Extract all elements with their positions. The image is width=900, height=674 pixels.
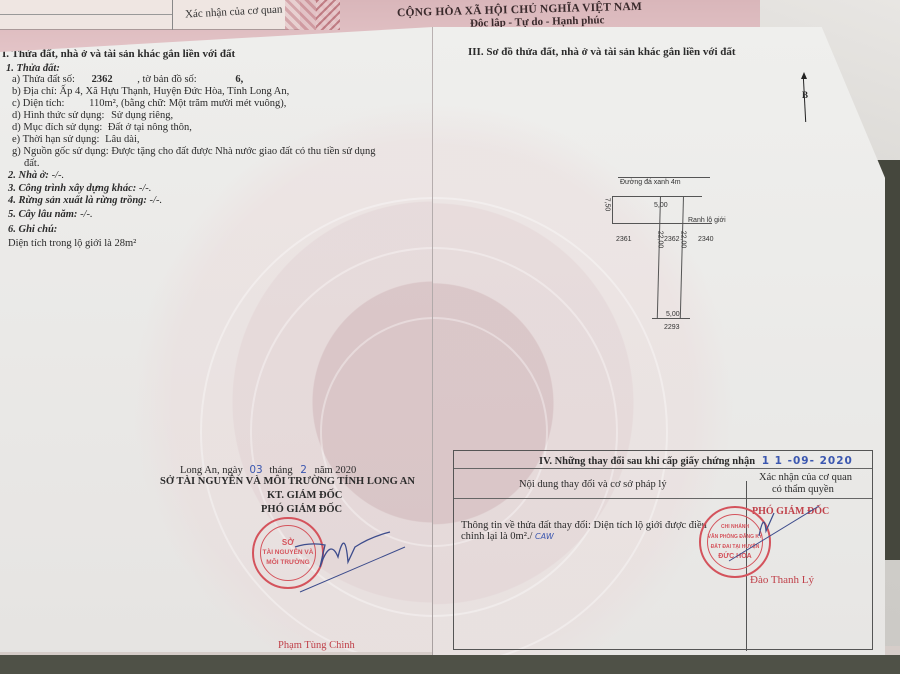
purpose-row: d) Mục đích sử dụng: Đất ở tại nông thôn…	[12, 122, 192, 134]
use-form-value: Sử dụng riêng,	[111, 110, 173, 121]
other-construction-value: -/-.	[139, 183, 152, 194]
perennial-value: -/-.	[80, 209, 93, 220]
changes-table: IV. Những thay đổi sau khi cấp giấy chứn…	[453, 450, 873, 650]
origin-value: Được tặng cho đất được Nhà nước giao đất…	[111, 146, 375, 157]
signature-scribble	[290, 517, 410, 597]
col-content-header: Nội dung thay đổi và cơ sở pháp lý	[519, 479, 667, 491]
section-title-diagram: III. Sơ đồ thửa đất, nhà ở và tài sản kh…	[468, 46, 736, 58]
bottom-width: 5,00	[666, 311, 680, 318]
signer-name: Phạm Tùng Chinh	[278, 640, 355, 652]
term-value: Lâu dài,	[105, 134, 139, 145]
col-confirm-header-1: Xác nhận của cơ quan	[759, 472, 852, 484]
area-label: c) Diện tích:	[12, 98, 64, 109]
parcel-label: a) Thửa đất số:	[12, 74, 75, 85]
issuing-agency: SỞ TÀI NGUYÊN VÀ MÔI TRƯỜNG TỈNH LONG AN	[160, 476, 415, 488]
right-page: III. Sơ đồ thửa đất, nhà ở và tài sản kh…	[433, 27, 885, 655]
change-entry-line-2: chỉnh lại là 0m²./ CAW	[461, 531, 554, 543]
boundary-label: Ranh lộ giới	[688, 217, 726, 224]
road-edge	[612, 196, 702, 197]
confirm-signer: Đào Thanh Lý	[750, 574, 814, 586]
neighbor-bottom: 2293	[664, 324, 680, 331]
forest-label: 4. Rừng sản xuất là rừng trồng:	[8, 195, 147, 206]
date-month: 2	[300, 464, 307, 476]
house-value: -/-.	[52, 170, 65, 181]
changes-date-stamp: 1 1 -09- 2020	[762, 455, 853, 467]
parcel-row: a) Thửa đất số: 2362 , tờ bản đồ số: 6,	[12, 74, 243, 86]
use-form-row: d) Hình thức sử dụng: Sử dụng riêng,	[12, 110, 173, 122]
forest-item: 4. Rừng sản xuất là rừng trồng: -/-.	[8, 195, 162, 207]
area-value: 110m², (bằng chữ: Một trăm mười mét vuôn…	[89, 98, 286, 109]
change-initials: CAW	[535, 532, 554, 541]
term-label: e) Thời hạn sử dụng:	[12, 134, 99, 145]
diagram-line	[612, 196, 613, 224]
term-row: e) Thời hạn sử dụng: Lâu dài,	[12, 134, 140, 146]
address-value: Ấp 4, Xã Hựu Thạnh, Huyện Đức Hòa, Tỉnh …	[60, 86, 290, 97]
parcel-diagram: Đường đá xanh 4m 7,50 5,00 Ranh lộ giới …	[610, 177, 710, 327]
left-page: I. Thửa đất, nhà ở và tài sản khác gắn l…	[0, 27, 433, 652]
signer-role-2: PHÓ GIÁM ĐỐC	[261, 504, 342, 516]
neighbor-right: 2340	[698, 236, 714, 243]
changes-header-row: Nội dung thay đổi và cơ sở pháp lý Xác n…	[454, 469, 872, 499]
notes-heading: 6. Ghi chú:	[8, 224, 57, 236]
col-confirm-header-2: có thẩm quyền	[772, 484, 834, 496]
other-construction-item: 3. Công trình xây dựng khác: -/-.	[8, 183, 151, 195]
perennial-item: 5. Cây lâu năm: -/-.	[8, 209, 93, 221]
parcel-right-edge	[680, 196, 684, 318]
north-arrow-icon: B	[799, 72, 811, 122]
origin-row: g) Nguồn gốc sử dụng: Được tặng cho đất …	[12, 146, 376, 158]
place-prefix: Long An, ngày	[180, 465, 243, 476]
changes-title-row: IV. Những thay đổi sau khi cấp giấy chứn…	[454, 451, 872, 469]
area-row: c) Diện tích: 110m², (bằng chữ: Một trăm…	[12, 98, 286, 110]
road-line	[618, 177, 710, 178]
signer-role-1: KT. GIÁM ĐỐC	[267, 490, 342, 502]
purpose-value: Đất ở tại nông thôn,	[108, 122, 192, 133]
date-day: 03	[249, 464, 262, 476]
north-label: B	[802, 90, 808, 100]
cover-border-pattern	[316, 0, 340, 30]
note-text: Diện tích trong lộ giới là 28m²	[8, 238, 136, 250]
house-label: 2. Nhà ở:	[8, 170, 49, 181]
origin-value-cont: đất.	[24, 158, 39, 170]
other-construction-label: 3. Công trình xây dựng khác:	[8, 183, 136, 194]
changes-title-text: IV. Những thay đổi sau khi cấp giấy chứn…	[539, 456, 755, 467]
map-label: , tờ bản đồ số:	[137, 74, 197, 85]
perennial-label: 5. Cây lâu năm:	[8, 209, 77, 220]
parcel-number: 2362	[92, 74, 113, 85]
parcel-number-label: 2362	[664, 236, 680, 243]
left-side-dim: 22,00	[656, 231, 663, 249]
right-side-dim: 22,00	[679, 231, 686, 249]
table-surface	[0, 655, 900, 674]
year-label: năm	[315, 465, 333, 476]
changes-title: IV. Những thay đổi sau khi cấp giấy chứn…	[539, 455, 853, 468]
house-item: 2. Nhà ở: -/-.	[8, 170, 64, 182]
parcel-bottom-edge	[652, 318, 690, 319]
use-form-label: d) Hình thức sử dụng:	[12, 110, 104, 121]
map-number: 6,	[235, 74, 243, 85]
road-label: Đường đá xanh 4m	[620, 179, 681, 186]
origin-label: g) Nguồn gốc sử dụng:	[12, 146, 109, 157]
date-year: 2020	[335, 465, 356, 476]
forest-value: -/-.	[150, 195, 163, 206]
parcel-left-edge	[657, 196, 661, 318]
address-label: b) Địa chỉ:	[12, 86, 57, 97]
month-label: tháng	[269, 465, 292, 476]
change-entry-text: chỉnh lại là 0m²./	[461, 531, 532, 542]
address-row: b) Địa chỉ: Ấp 4, Xã Hựu Thạnh, Huyện Đứ…	[12, 86, 289, 98]
setback-dim: 7,50	[603, 198, 610, 212]
neighbor-left: 2361	[616, 236, 632, 243]
purpose-label: d) Mục đích sử dụng:	[12, 122, 102, 133]
